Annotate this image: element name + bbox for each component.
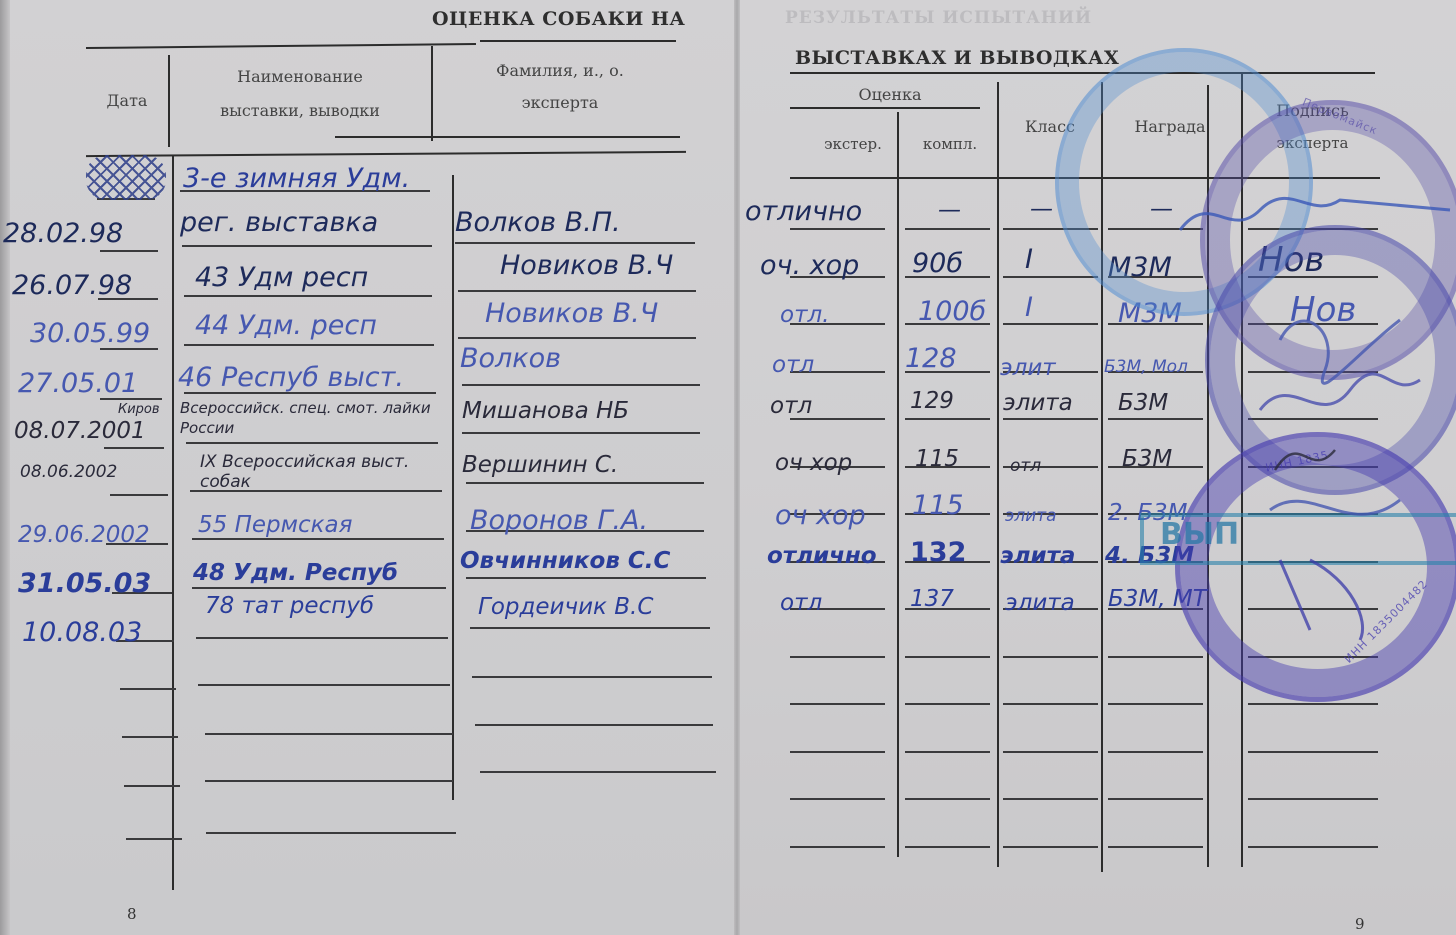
header-rule xyxy=(790,107,980,109)
entry-expert: Овчинников С.С xyxy=(460,548,670,574)
row-rule xyxy=(104,447,164,449)
entry-complex: 90б xyxy=(912,248,963,279)
entry-show: Всероссийск. спец. смот. лайки России xyxy=(180,398,445,438)
column-divider xyxy=(997,82,999,867)
entry-exterior: отл xyxy=(780,590,822,616)
page-number-right: 9 xyxy=(1355,915,1365,933)
row-rule xyxy=(206,832,456,834)
row-rule xyxy=(198,684,450,686)
row-rule xyxy=(790,751,885,753)
row-rule xyxy=(905,418,990,420)
entry-class: элита xyxy=(1000,543,1075,569)
entry-date-note: Киров xyxy=(118,402,160,417)
right-page-title: ВЫСТАВКАХ И ВЫВОДКАХ xyxy=(795,47,1119,69)
entry-expert: Мишанова НБ xyxy=(462,398,629,424)
row-rule xyxy=(1108,798,1203,800)
entry-date: 08.07.2001 xyxy=(14,418,146,444)
entry-show: 43 Удм респ xyxy=(195,262,368,293)
entry-expert: Волков В.П. xyxy=(455,207,621,238)
entry-show: рег. выставка xyxy=(180,207,378,238)
row-rule xyxy=(905,751,990,753)
row-rule xyxy=(1108,656,1203,658)
entry-class: элит xyxy=(1000,355,1056,381)
entry-exterior: отл xyxy=(772,352,814,378)
row-rule xyxy=(1108,846,1203,848)
row-rule xyxy=(905,846,990,848)
row-rule xyxy=(1003,703,1098,705)
row-rule xyxy=(186,442,438,444)
entry-expert: Воронов Г.А. xyxy=(470,505,648,536)
left-page-title: ОЦЕНКА СОБАКИ НА xyxy=(432,8,685,30)
entry-date: 10.08.03 xyxy=(22,617,142,648)
row-rule xyxy=(905,656,990,658)
entry-date: 29.06.2002 xyxy=(18,522,150,548)
row-rule xyxy=(1003,846,1098,848)
row-rule xyxy=(455,242,695,244)
row-rule xyxy=(462,384,700,386)
row-rule xyxy=(1003,798,1098,800)
entry-complex: — xyxy=(938,197,961,223)
row-rule xyxy=(182,245,432,247)
column-divider xyxy=(897,112,899,857)
row-rule xyxy=(205,780,453,782)
row-rule xyxy=(122,736,178,738)
row-rule xyxy=(192,587,446,589)
row-rule xyxy=(1003,276,1098,278)
row-rule xyxy=(790,703,885,705)
row-rule xyxy=(1003,751,1098,753)
column-divider xyxy=(172,155,174,890)
row-rule xyxy=(475,724,713,726)
row-rule xyxy=(472,676,712,678)
row-rule xyxy=(905,703,990,705)
entry-class: отл xyxy=(1010,456,1041,476)
entry-complex: 115 xyxy=(915,446,959,472)
entry-class: — xyxy=(1030,196,1053,222)
entry-show: 3-е зимняя Удм. xyxy=(183,163,410,194)
row-rule xyxy=(120,688,176,690)
column-header-show-name-1: Наименование xyxy=(180,64,420,90)
column-header-expert-2: эксперта xyxy=(440,90,680,116)
entry-expert: Волков xyxy=(460,343,561,374)
row-rule xyxy=(905,228,990,230)
book-gutter xyxy=(734,0,740,935)
row-rule xyxy=(100,250,158,252)
row-rule xyxy=(192,538,444,540)
row-rule xyxy=(1248,703,1378,705)
row-rule xyxy=(1003,323,1098,325)
entry-class: элита xyxy=(1005,590,1075,616)
row-rule xyxy=(205,733,453,735)
header-rule xyxy=(790,177,1380,179)
row-rule xyxy=(1003,656,1098,658)
row-rule xyxy=(184,295,432,297)
row-rule xyxy=(126,838,182,840)
entry-show: 46 Респуб выст. xyxy=(178,362,404,393)
row-rule xyxy=(470,627,710,629)
row-rule xyxy=(905,798,990,800)
row-rule xyxy=(466,482,704,484)
header-divider xyxy=(168,55,170,147)
entry-exterior: оч. хор xyxy=(760,250,859,281)
entry-class: I xyxy=(1025,244,1033,275)
entry-show: 55 Пермская xyxy=(198,512,352,538)
row-rule xyxy=(110,494,168,496)
column-header-rating: Оценка xyxy=(800,82,980,108)
entry-show: 44 Удм. респ xyxy=(195,310,377,341)
row-rule xyxy=(1003,418,1098,420)
entry-complex: 137 xyxy=(910,586,954,612)
entry-exterior: отл xyxy=(770,393,812,419)
entry-show: 78 тат респуб xyxy=(205,593,374,619)
booklet-spread: РЕЗУЛЬТАТЫ ИСПЫТАНИЙ ОЦЕНКА СОБАКИ НА Да… xyxy=(0,0,1456,935)
row-rule xyxy=(124,785,180,787)
entry-expert: Гордеичик В.С xyxy=(478,594,653,620)
entry-class: элита xyxy=(1003,390,1073,416)
entry-class: элита xyxy=(1005,506,1057,526)
row-rule xyxy=(196,637,448,639)
entry-date: 31.05.03 xyxy=(18,568,151,599)
entry-class: I xyxy=(1025,292,1033,323)
entry-show: 48 Удм. Респуб xyxy=(193,560,398,586)
column-header-date: Дата xyxy=(92,88,162,114)
entry-date: 27.05.01 xyxy=(18,368,138,399)
entry-expert: Новиков В.Ч xyxy=(485,298,658,329)
column-header-award: Награда xyxy=(1105,114,1235,140)
entry-exterior: оч хор xyxy=(775,450,852,476)
column-header-complex: компл. xyxy=(905,131,995,157)
entry-exterior: отл. xyxy=(780,302,829,328)
entry-expert: Вершинин С. xyxy=(462,452,618,478)
header-rule xyxy=(335,136,680,138)
column-header-show-name-2: выставки, выводки xyxy=(180,98,420,124)
entry-exterior: оч хор xyxy=(775,500,866,531)
entry-show: IX Всероссийская выст. собак xyxy=(200,452,440,492)
entry-complex: 132 xyxy=(910,537,966,568)
row-rule xyxy=(790,846,885,848)
row-rule xyxy=(790,656,885,658)
column-divider xyxy=(452,175,454,800)
page-edge xyxy=(0,0,10,935)
entry-exterior: отлично xyxy=(767,543,877,569)
row-rule xyxy=(466,577,706,579)
column-header-exterior: экстер. xyxy=(798,131,908,157)
row-rule xyxy=(184,344,434,346)
column-header-class: Класс xyxy=(1000,114,1100,140)
header-divider xyxy=(431,46,433,141)
row-rule xyxy=(1248,846,1378,848)
column-header-signature-2: эксперта xyxy=(1250,130,1375,156)
entry-date: 08.06.2002 xyxy=(20,462,117,482)
header-rule xyxy=(790,72,1375,74)
entry-date: 26.07.98 xyxy=(12,270,132,301)
page-number-left: 8 xyxy=(127,905,137,923)
entry-complex: 129 xyxy=(910,388,954,414)
row-rule xyxy=(1003,228,1098,230)
entry-complex: 100б xyxy=(918,296,986,327)
column-header-expert-1: Фамилия, и., о. xyxy=(440,58,680,84)
entry-date: 28.02.98 xyxy=(3,218,123,249)
row-rule xyxy=(1108,751,1203,753)
entry-complex: 128 xyxy=(905,343,957,374)
entry-expert: Новиков В.Ч xyxy=(500,250,673,281)
entry-complex: 115 xyxy=(912,490,964,521)
crossed-out-date xyxy=(86,155,166,200)
row-rule xyxy=(790,228,885,230)
row-rule xyxy=(1248,751,1378,753)
header-rule xyxy=(480,40,676,42)
entry-date: 30.05.99 xyxy=(30,318,150,349)
entry-exterior: отлично xyxy=(745,196,862,227)
ghost-title: РЕЗУЛЬТАТЫ ИСПЫТАНИЙ xyxy=(785,8,1092,28)
row-rule xyxy=(458,290,696,292)
signature-scribbles xyxy=(1150,180,1456,640)
row-rule xyxy=(790,798,885,800)
row-rule xyxy=(458,337,696,339)
row-rule xyxy=(1108,703,1203,705)
row-rule xyxy=(480,771,716,773)
row-rule xyxy=(462,432,700,434)
column-divider xyxy=(1101,82,1103,872)
row-rule xyxy=(1248,798,1378,800)
